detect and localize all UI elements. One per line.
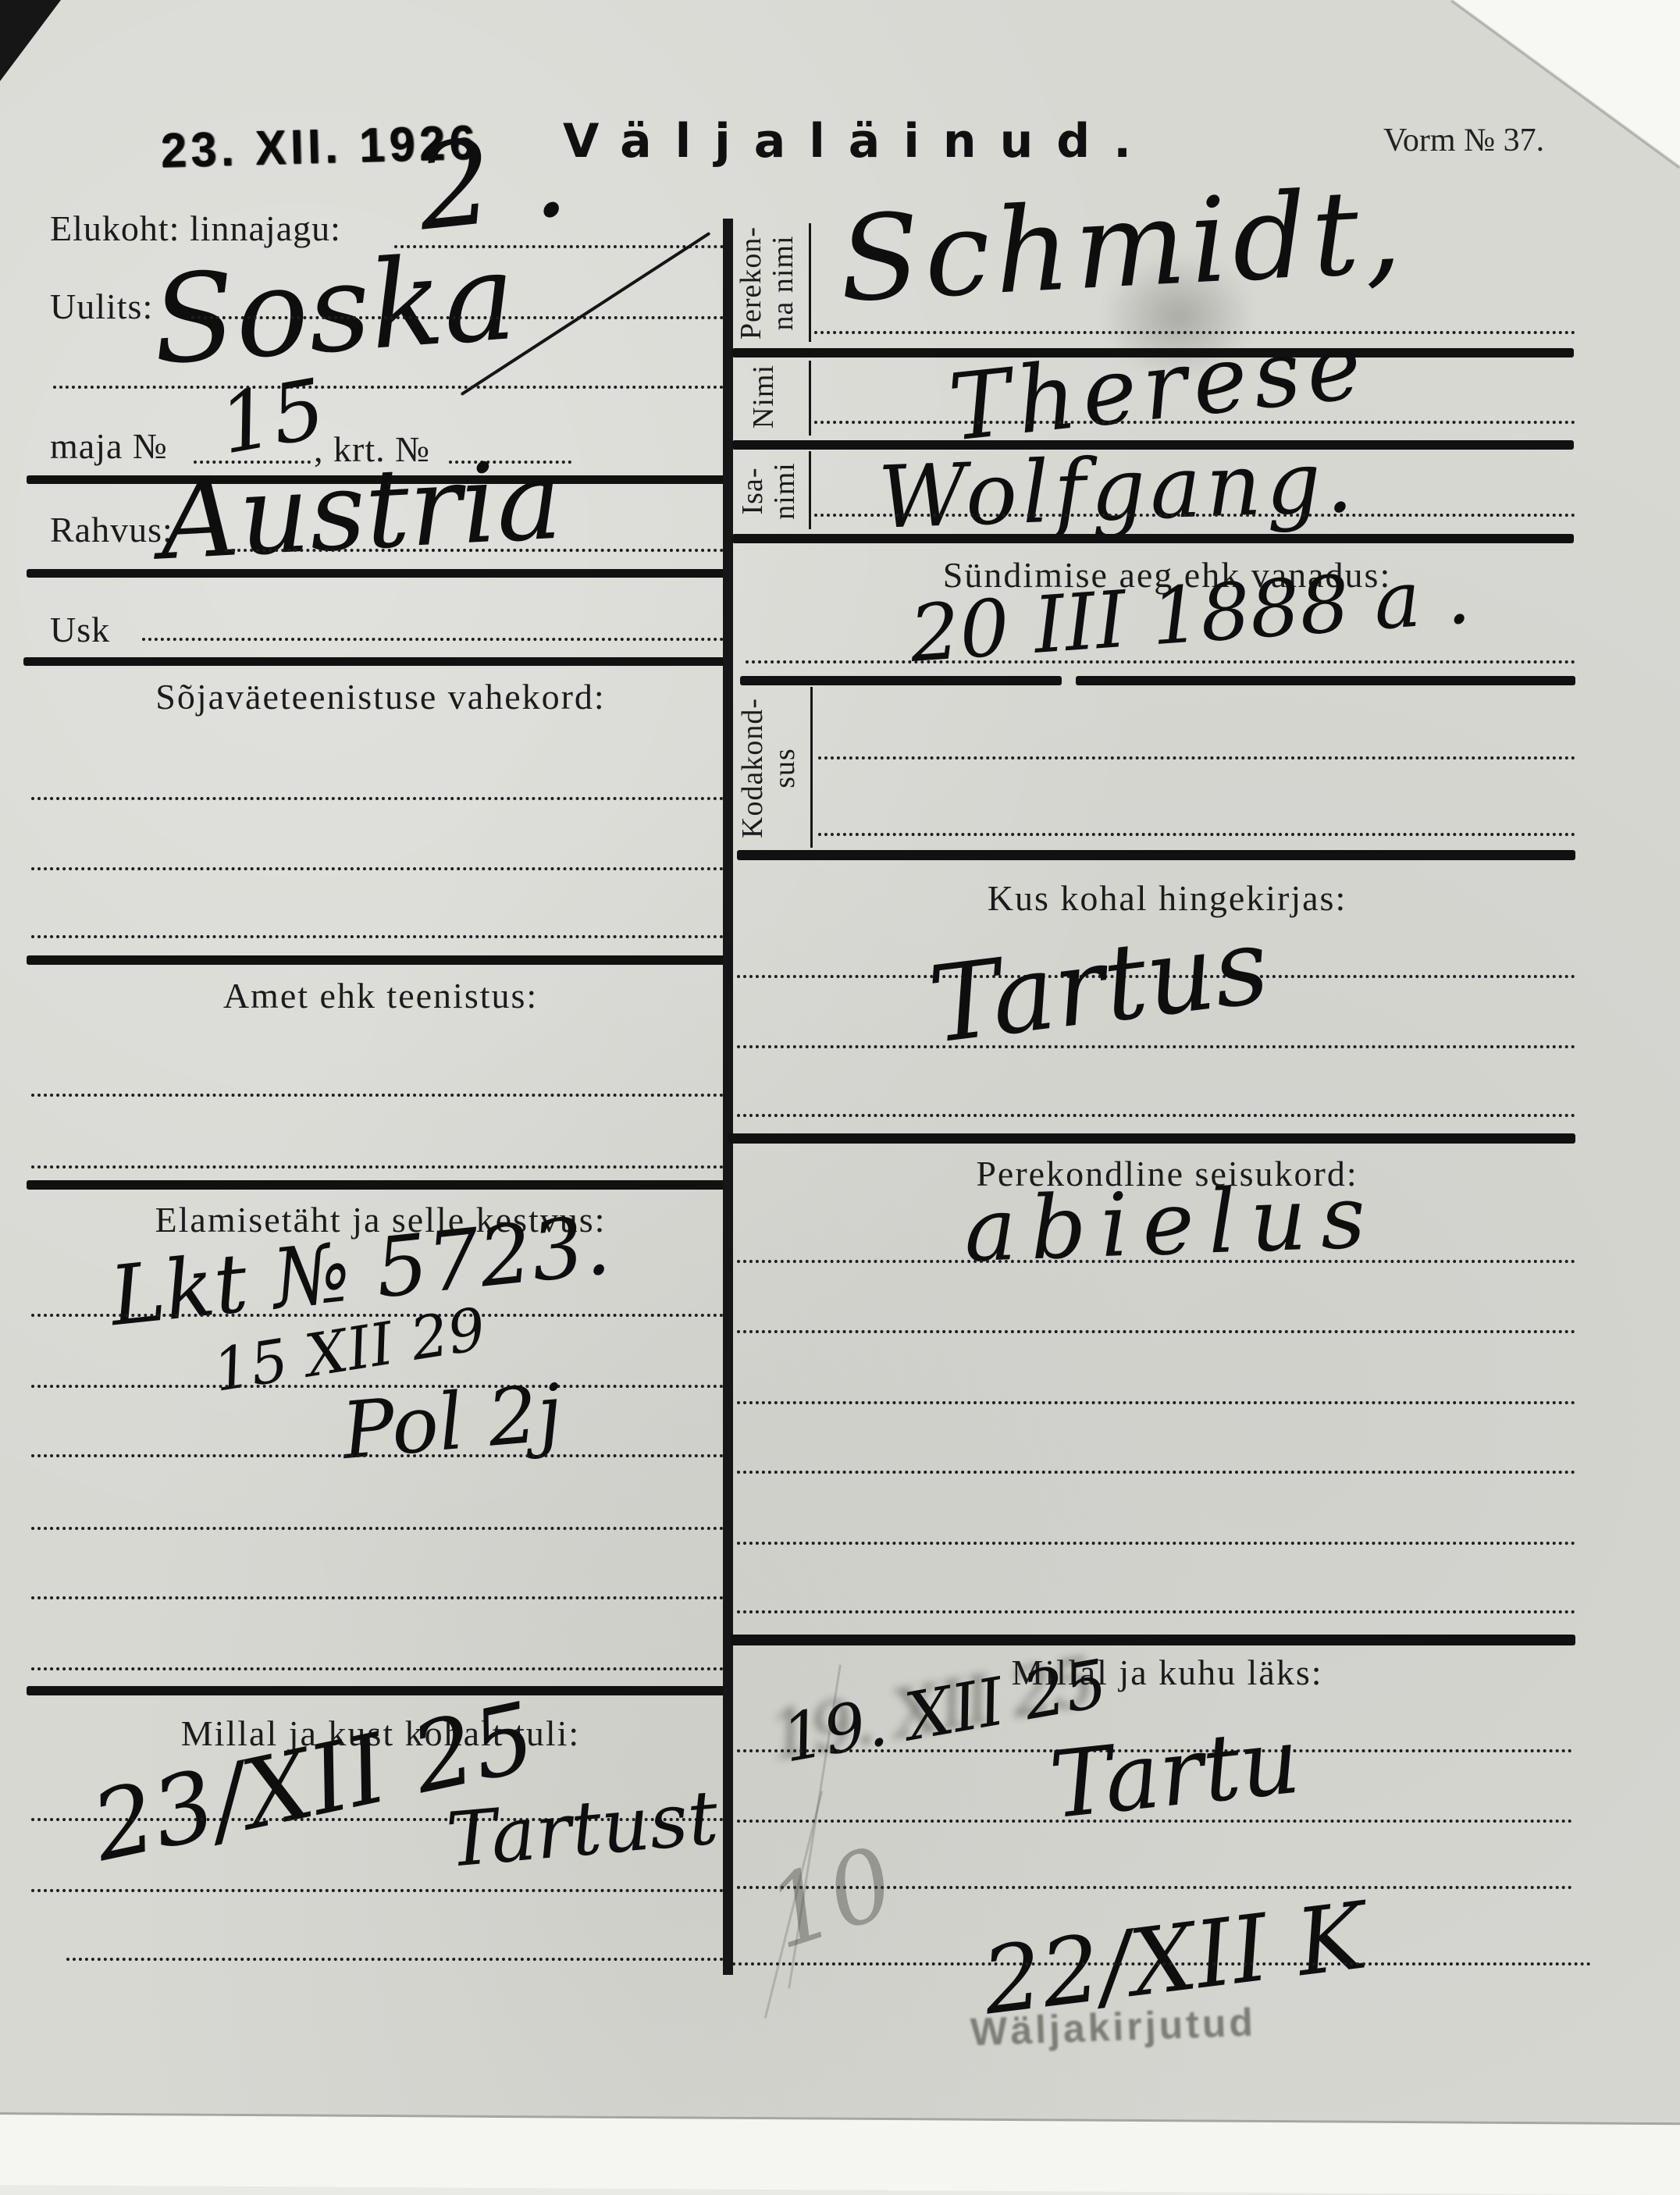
written-out-stamp: Wäljakirjutud — [970, 2000, 1257, 2055]
form-number: Vorm № 37. — [1383, 122, 1544, 159]
paper-bottom-edge — [0, 2112, 1680, 2163]
dotted-line — [31, 797, 730, 800]
folded-corner-shadow — [0, 0, 61, 81]
fathername-label-line1: Isa- — [737, 450, 769, 532]
occupation-heading: Amet ehk teenistus: — [31, 975, 730, 1016]
dotted-line — [737, 1260, 1575, 1263]
arrival-place-handwritten: Tartust — [443, 1780, 721, 1878]
dotted-line — [66, 1958, 730, 1961]
firstname-label-rotated: Nimi — [748, 359, 780, 434]
dotted-line — [737, 1542, 1575, 1545]
dotted-line — [814, 421, 1575, 424]
dotted-line — [732, 1962, 1591, 1966]
surname-label-line1: Perekon- — [735, 219, 767, 347]
dotted-line — [31, 1527, 730, 1530]
dotted-line — [737, 1045, 1575, 1048]
dotted-line — [737, 1401, 1575, 1404]
rule-heavy — [732, 534, 1574, 543]
surname-value-handwritten: Schmidt, — [837, 173, 1408, 319]
firstname-label: Nimi — [748, 359, 780, 434]
dotted-line — [31, 1667, 730, 1670]
rule-heavy — [27, 955, 731, 965]
surname-label-rotated: Perekon- na nimi — [735, 219, 799, 347]
house-number-label: maja № — [50, 425, 168, 467]
citizenship-label-line2: sus — [769, 688, 801, 848]
military-service-heading: Sõjaväeteenistuse vahekord: — [31, 676, 730, 717]
dotted-line — [737, 1114, 1575, 1117]
dotted-line — [818, 756, 1575, 760]
rule-heavy — [731, 1635, 1575, 1645]
rule-heavy — [23, 657, 731, 666]
dotted-line — [31, 1094, 730, 1097]
rule-heavy — [1076, 676, 1575, 685]
label-separator — [809, 361, 811, 436]
dotted-line — [737, 1820, 1572, 1823]
dotted-line — [818, 833, 1575, 836]
dotted-line — [31, 1889, 730, 1892]
fathername-label-line2: nimi — [769, 450, 801, 532]
parish-register-value-handwritten: Tartus — [924, 913, 1273, 1058]
dotted-line — [191, 316, 730, 319]
pencil-note: 10 — [754, 1826, 907, 1972]
rule-heavy — [737, 850, 1575, 860]
rule-heavy — [27, 569, 731, 578]
fathername-value-handwritten: Wolfgang. — [877, 438, 1358, 540]
rule-heavy — [27, 1686, 731, 1695]
nationality-label: Rahvus: — [50, 509, 173, 550]
form-title: Väljaläinud. — [511, 114, 1206, 169]
column-divider — [723, 219, 733, 1975]
religion-label: Usk — [50, 609, 110, 650]
label-separator — [809, 223, 811, 342]
fathername-label-rotated: Isa- nimi — [737, 450, 801, 532]
surname-label-line2: na nimi — [767, 219, 799, 347]
dotted-line — [142, 638, 730, 641]
dotted-line — [31, 935, 730, 938]
dotted-line — [225, 549, 730, 552]
rule-heavy — [728, 1133, 1575, 1144]
citizenship-label-rotated: Kodakond- sus — [737, 688, 801, 848]
dotted-line — [737, 1610, 1575, 1613]
departure-place-handwritten: Tartu — [1046, 1714, 1304, 1832]
street-value-handwritten: Soska — [148, 236, 519, 382]
dotted-line — [31, 1596, 730, 1599]
rule-heavy — [27, 1180, 731, 1190]
street-label: Uulits: — [50, 286, 153, 327]
dotted-line — [737, 1330, 1575, 1333]
citizenship-label-line1: Kodakond- — [737, 688, 769, 848]
dotted-line — [814, 514, 1575, 517]
label-separator — [810, 687, 813, 848]
rule-heavy — [740, 676, 1062, 685]
nationality-value-handwritten: Austria — [158, 446, 564, 577]
dotted-line — [31, 1454, 730, 1457]
dotted-line — [31, 867, 730, 870]
dotted-line — [746, 660, 1575, 663]
label-separator — [809, 451, 811, 529]
dotted-line — [53, 386, 730, 389]
parish-register-heading: Kus kohal hingekirjas: — [742, 877, 1593, 919]
dotted-line — [31, 1165, 730, 1169]
dotted-line — [737, 1471, 1575, 1474]
registration-card-scan: 23. XII. 1926 Väljaläinud. Vorm № 37. 2 … — [0, 0, 1680, 2163]
